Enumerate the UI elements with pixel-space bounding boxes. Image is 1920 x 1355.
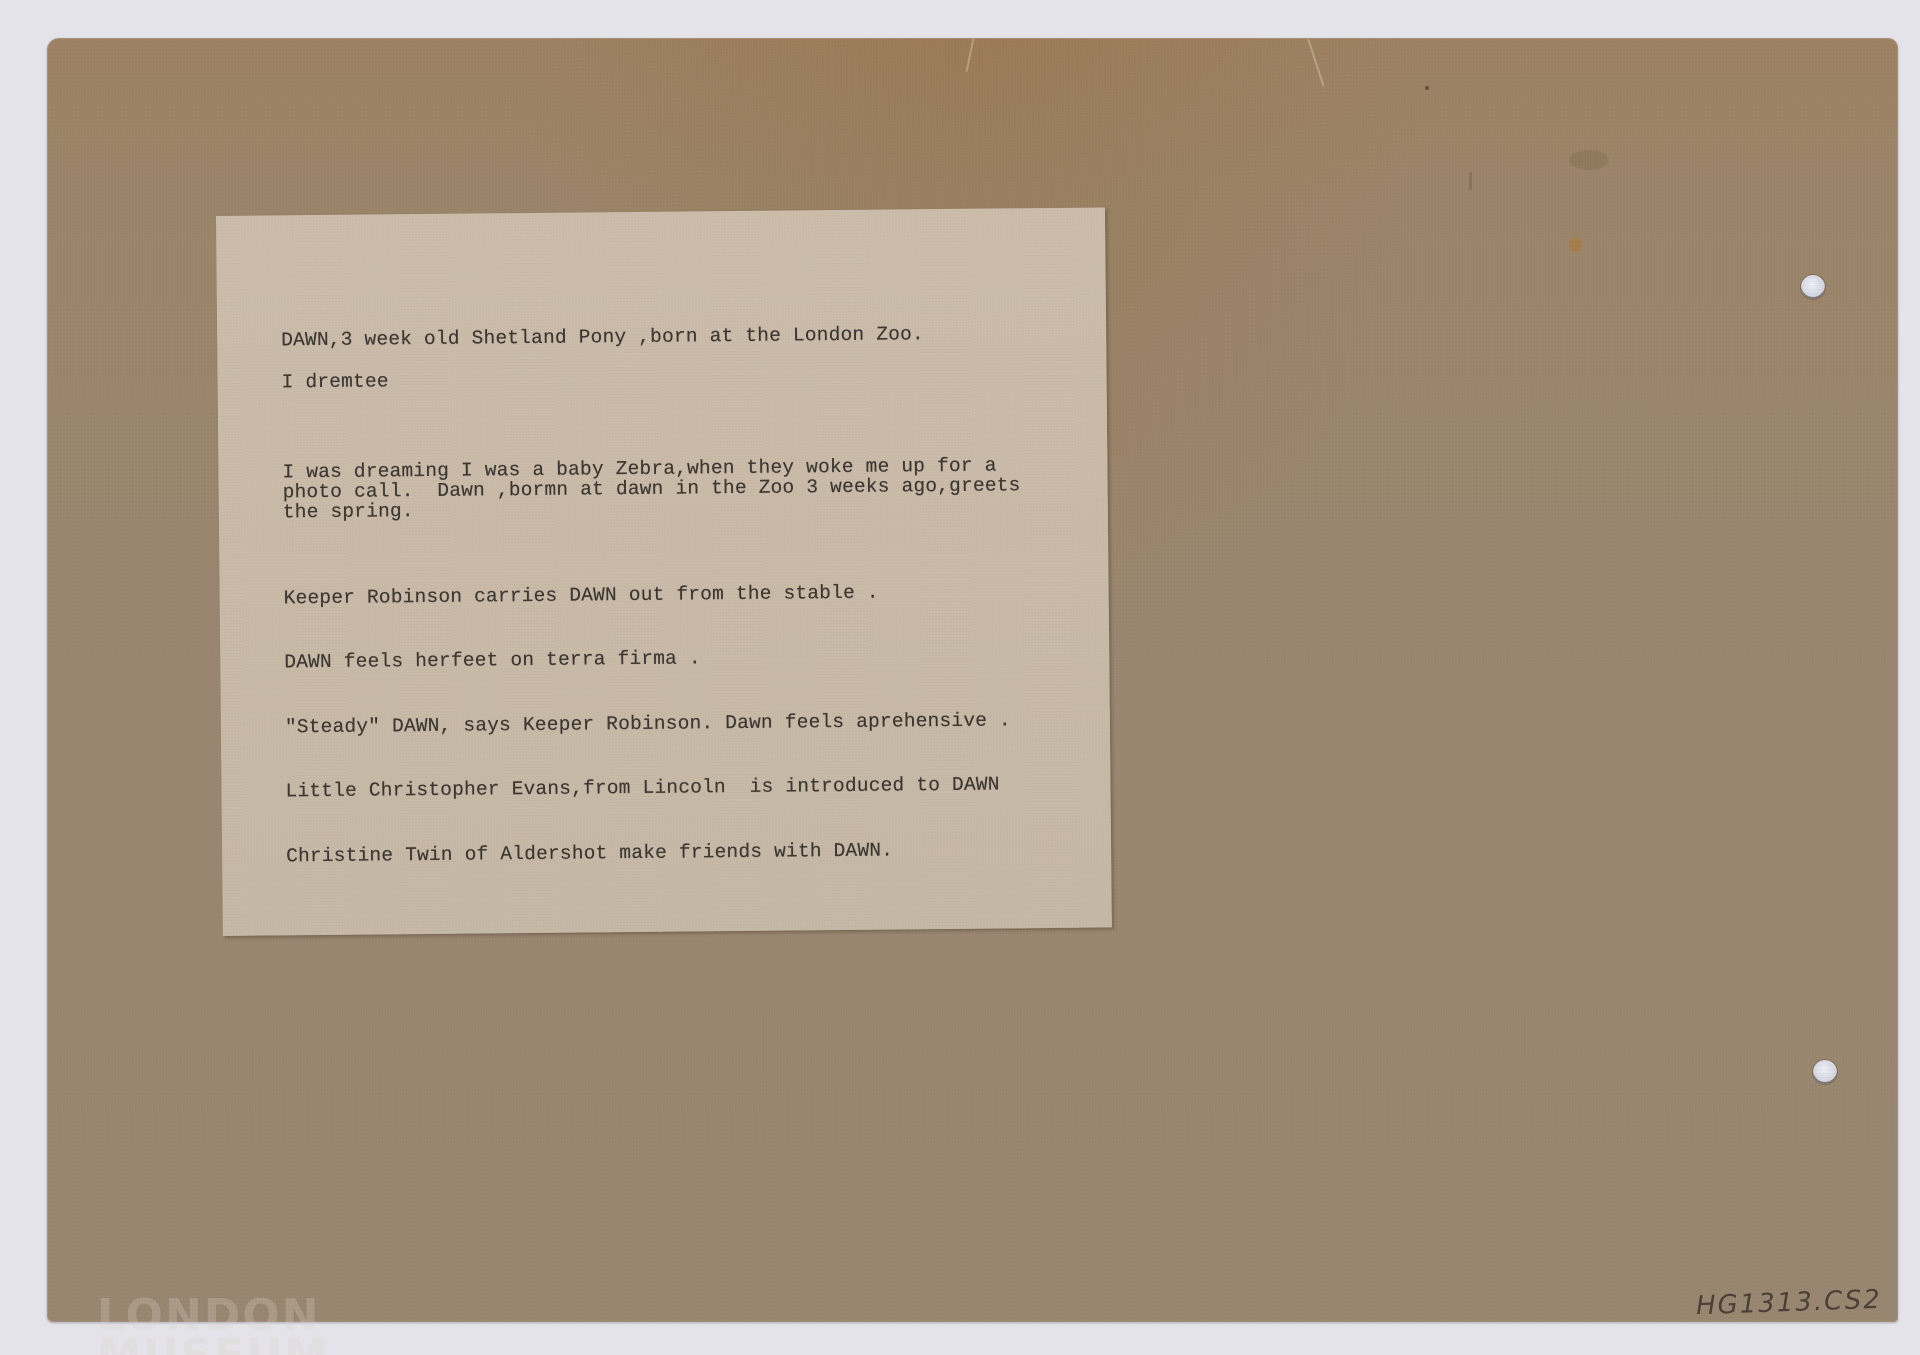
stain-mark	[1569, 150, 1609, 170]
caption-abandoned-line: I dremtee	[282, 371, 389, 392]
stain-mark	[1425, 86, 1429, 90]
caption-slip: DAWN,3 week old Shetland Pony ,born at t…	[216, 207, 1112, 936]
caption-line-steady: "Steady" DAWN, says Keeper Robinson. Daw…	[285, 710, 1011, 737]
caption-title-line: DAWN,3 week old Shetland Pony ,born at t…	[281, 324, 924, 350]
caption-line-terra-firma: DAWN feels herfeet on terra firma .	[284, 648, 701, 672]
watermark-line-1: LONDON	[97, 1290, 320, 1341]
caption-paragraph-line-2: photo call. Dawn ,bormn at dawn in the Z…	[283, 475, 1021, 502]
caption-line-christopher: Little Christopher Evans,from Lincoln is…	[285, 775, 999, 802]
caption-line-keeper-carries: Keeper Robinson carries DAWN out from th…	[284, 583, 879, 609]
stain-mark	[1469, 172, 1472, 190]
punch-hole-top	[1801, 275, 1825, 299]
caption-line-christine: Christine Twin of Aldershot make friends…	[286, 841, 893, 867]
punch-hole-bottom	[1813, 1060, 1837, 1084]
museum-watermark: LONDONMUSEUM	[97, 1296, 330, 1355]
stain-mark	[1569, 238, 1581, 252]
caption-paragraph-line-3: the spring.	[283, 501, 414, 522]
board-crease	[1307, 39, 1324, 87]
watermark-line-2: MUSEUM	[97, 1336, 330, 1355]
board-crease	[965, 38, 974, 72]
